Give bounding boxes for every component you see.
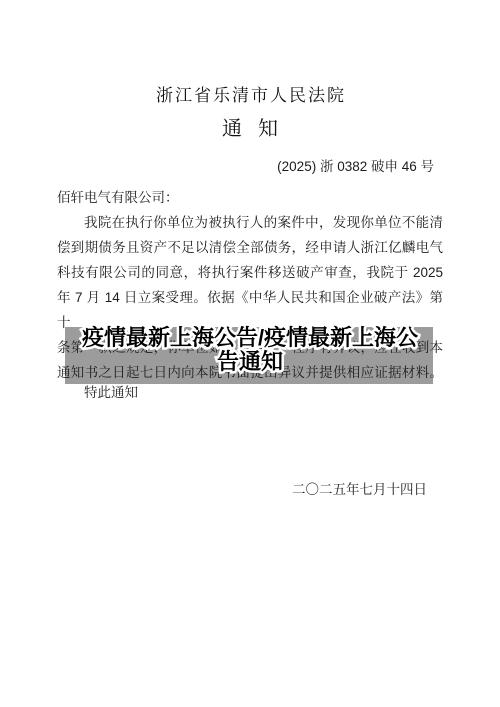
date-line: 二〇二五年七月十四日 xyxy=(57,477,443,502)
court-name: 浙江省乐清市人民法院 xyxy=(0,86,500,106)
case-number: (2025) 浙 0382 破申 46 号 xyxy=(0,157,500,177)
overlay-title-line-1: 疫情最新上海公告/疫情最新上海公 xyxy=(0,326,500,350)
body-line: 科技有限公司的同意，将执行案件移送破产审查，我院于 2025 xyxy=(57,260,443,285)
recipient-line: 佰轩电气有限公司： xyxy=(57,185,443,210)
overlay-title-line-2: 告通知 xyxy=(0,350,500,374)
notice-document: 浙江省乐清市人民法院 通知 (2025) 浙 0382 破申 46 号 佰轩电气… xyxy=(0,0,500,502)
overlay-title: 疫情最新上海公告/疫情最新上海公 告通知 xyxy=(0,326,500,374)
doc-type-title: 通知 xyxy=(0,116,500,140)
notice-page: 浙江省乐清市人民法院 通知 (2025) 浙 0382 破申 46 号 佰轩电气… xyxy=(0,0,500,707)
body-line: 偿到期债务且资产不足以清偿全部债务，经申请人浙江亿麟电气 xyxy=(57,235,443,260)
body-line: 我院在执行你单位为被执行人的案件中，发现你单位不能清 xyxy=(57,210,443,235)
